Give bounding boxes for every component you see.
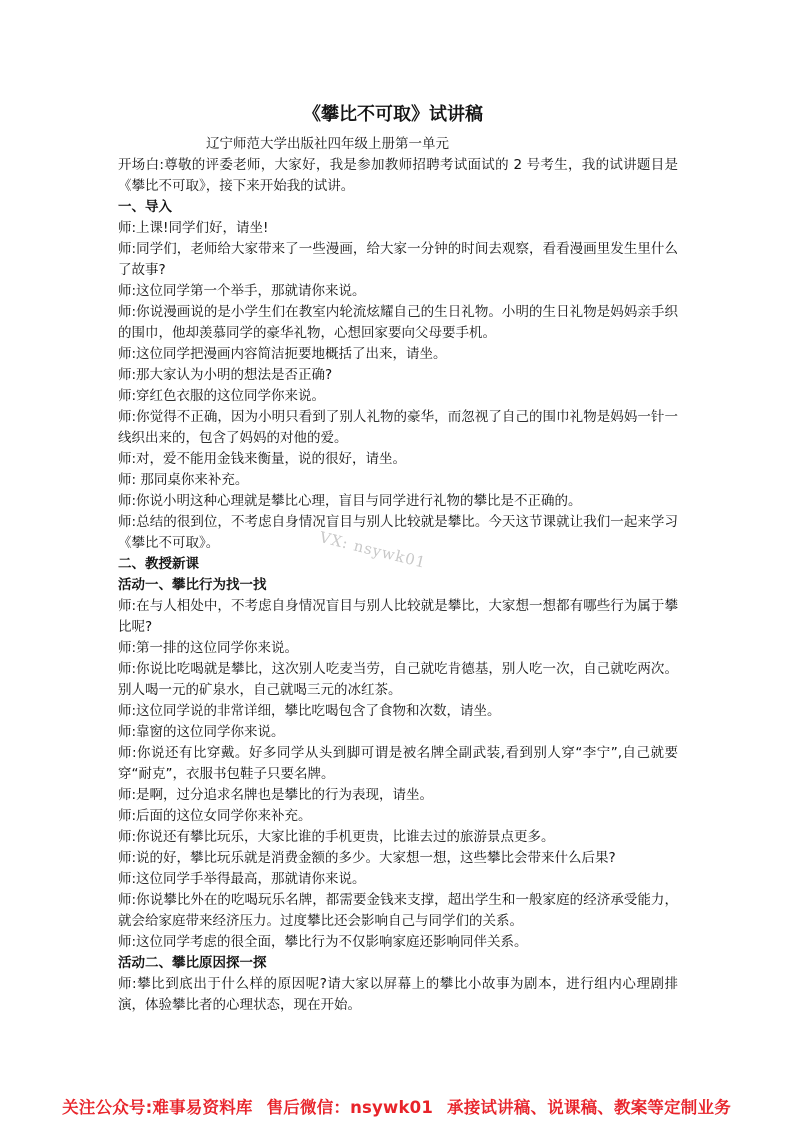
- paragraph: 师:攀比到底出于什么样的原因呢?请大家以屏幕上的攀比小故事为剧本，进行组内心理剧…: [118, 974, 678, 1016]
- paragraph: 师:你说小明这种心理就是攀比心理，盲目与同学进行礼物的攀比是不正确的。: [118, 491, 678, 512]
- paragraph: 师:那大家认为小明的想法是否正确?: [118, 365, 678, 386]
- paragraph: 师:后面的这位女同学你来补充。: [118, 806, 678, 827]
- paragraph: 师:靠窗的这位同学你来说。: [118, 722, 678, 743]
- footer-wechat-account: 关注公众号:难事易资料库: [62, 1098, 253, 1117]
- activity-heading-1: 活动一、攀比行为找一找: [118, 575, 678, 596]
- document-title: 《攀比不可取》试讲稿: [108, 100, 678, 134]
- paragraph: 师:第一排的这位同学你来说。: [118, 638, 678, 659]
- paragraph: 师:你说漫画说的是小学生们在教室内轮流炫耀自己的生日礼物。小明的生日礼物是妈妈亲…: [118, 302, 678, 344]
- paragraph: 师:在与人相处中，不考虑自身情况盲目与别人比较就是攀比，大家想一想都有哪些行为属…: [118, 596, 678, 638]
- footer-services: 承接试讲稿、说课稿、教案等定制业务: [447, 1098, 731, 1117]
- paragraph: 师:说的好，攀比玩乐就是消费金额的多少。大家想一想，这些攀比会带来什么后果?: [118, 848, 678, 869]
- footer-aftersales-wechat: 售后微信：nsywk01: [267, 1098, 433, 1117]
- paragraph: 师:你说比吃喝就是攀比，这次别人吃麦当劳，自己就吃肯德基，别人吃一次，自己就吃两…: [118, 659, 678, 701]
- activity-heading-2: 活动二、攀比原因探一探: [118, 953, 678, 974]
- paragraph: 师:你觉得不正确，因为小明只看到了别人礼物的豪华，而忽视了自己的围巾礼物是妈妈一…: [118, 407, 678, 449]
- document-subtitle: 辽宁师范大学出版社四年级上册第一单元: [118, 134, 678, 155]
- paragraph: 师:这位同学考虑的很全面，攀比行为不仅影响家庭还影响同伴关系。: [118, 932, 678, 953]
- paragraph: 师:你说还有比穿戴。好多同学从头到脚可谓是被名牌全副武装,看到别人穿“李宁”,自…: [118, 743, 678, 785]
- paragraph: 师:这位同学手举得最高，那就请你来说。: [118, 869, 678, 890]
- paragraph: 师:同学们，老师给大家带来了一些漫画，给大家一分钟的时间去观察，看看漫画里发生里…: [118, 239, 678, 281]
- opening-paragraph: 开场白:尊敬的评委老师，大家好，我是参加教师招聘考试面试的 2 号考生，我的试讲…: [118, 155, 678, 197]
- paragraph: 师:对，爱不能用金钱来衡量，说的很好，请坐。: [118, 449, 678, 470]
- footer-banner: 关注公众号:难事易资料库售后微信：nsywk01承接试讲稿、说课稿、教案等定制业…: [0, 1094, 793, 1118]
- paragraph: 师: 那同桌你来补充。: [118, 470, 678, 491]
- section-heading-intro: 一、导入: [118, 197, 678, 218]
- paragraph: 师:穿红色衣服的这位同学你来说。: [118, 386, 678, 407]
- paragraph: 师:这位同学说的非常详细，攀比吃喝包含了食物和次数，请坐。: [118, 701, 678, 722]
- paragraph: 师:这位同学第一个举手，那就请你来说。: [118, 281, 678, 302]
- paragraph: 师:是啊，过分追求名牌也是攀比的行为表现，请坐。: [118, 785, 678, 806]
- paragraph: 师:上课!同学们好，请坐!: [118, 218, 678, 239]
- paragraph: 师:你说攀比外在的吃喝玩乐名牌，都需要金钱来支撑，超出学生和一般家庭的经济承受能…: [118, 890, 678, 932]
- paragraph: 师:这位同学把漫画内容简洁扼要地概括了出来，请坐。: [118, 344, 678, 365]
- paragraph: 师:你说还有攀比玩乐，大家比谁的手机更贵，比谁去过的旅游景点更多。: [118, 827, 678, 848]
